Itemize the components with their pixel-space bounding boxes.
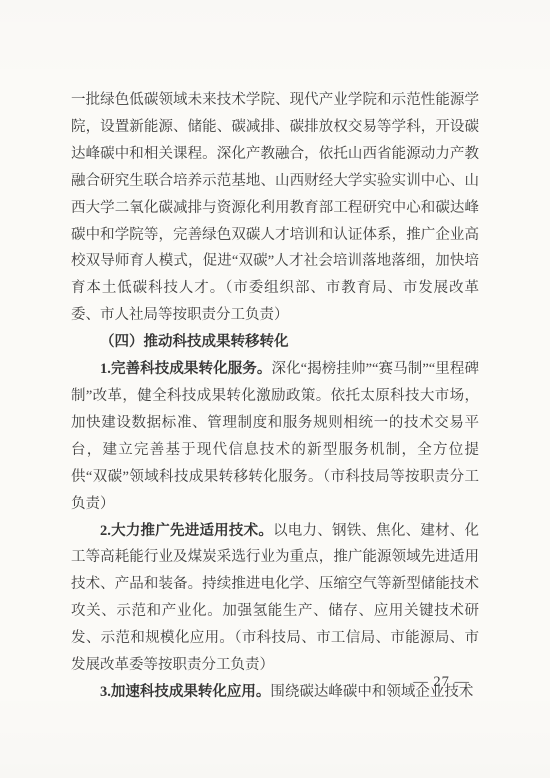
body-text: 深化“揭榜挂帅”“赛马制”“里程碑制”改革，健全科技成果转化激励政策。依托太原科… xyxy=(71,361,479,485)
lead-in-text: 3.加速科技成果转化应用。 xyxy=(100,684,270,700)
section-heading: （四）推动科技成果转移转化 xyxy=(71,329,479,356)
lead-in-text: （四）推动科技成果转移转化 xyxy=(100,334,289,350)
body-text: 以电力、钢铁、焦化、建材、化工等高耗能行业及煤炭采选行业为重点，推广能源领域先进… xyxy=(71,523,479,647)
document-page: 一批绿色低碳领域未来技术学院、现代产业学院和示范性能源学院，设置新能源、储能、碳… xyxy=(0,0,550,778)
page-number: — 27 — xyxy=(413,672,470,692)
paragraph-item-1: 1.完善科技成果转化服务。深化“揭榜挂帅”“赛马制”“里程碑制”改革，健全科技成… xyxy=(71,356,479,517)
paragraph-item-2: 2.大力推广先进适用技术。以电力、钢铁、焦化、建材、化工等高耗能行业及煤炭采选行… xyxy=(71,518,479,679)
paragraph-continuation: 一批绿色低碳领域未来技术学院、现代产业学院和示范性能源学院，设置新能源、储能、碳… xyxy=(71,87,479,329)
document-body: 一批绿色低碳领域未来技术学院、现代产业学院和示范性能源学院，设置新能源、储能、碳… xyxy=(71,87,479,706)
lead-in-text: 1.完善科技成果转化服务。 xyxy=(100,361,272,377)
lead-in-text: 2.大力推广先进适用技术。 xyxy=(100,523,273,539)
body-text: 一批绿色低碳领域未来技术学院、现代产业学院和示范性能源学院，设置新能源、储能、碳… xyxy=(71,92,479,296)
